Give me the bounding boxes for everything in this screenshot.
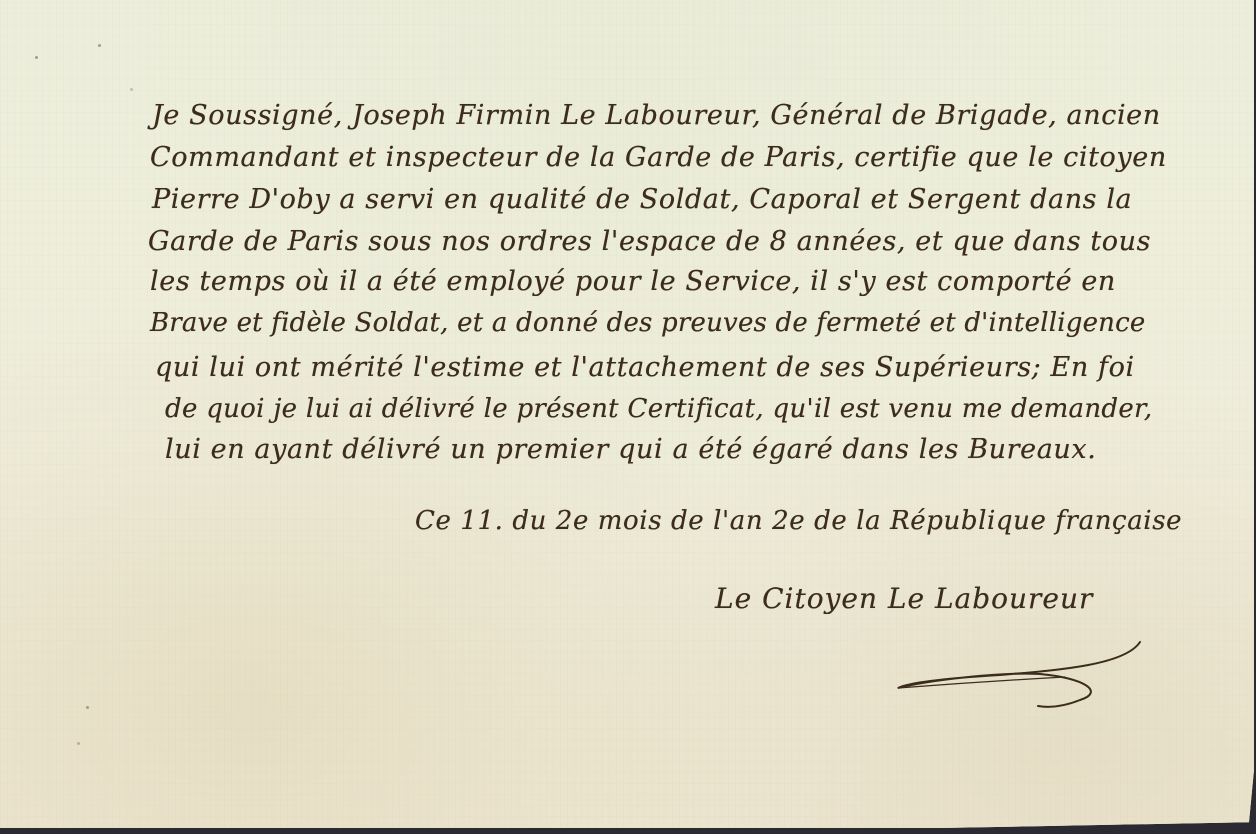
- date-line: Ce 11. du 2e mois de l'an 2e de la Répub…: [415, 508, 1182, 534]
- document-page: Je Soussigné, Joseph Firmin Le Laboureur…: [0, 0, 1254, 828]
- body-line-7: qui lui ont mérité l'estime et l'attache…: [155, 354, 1135, 381]
- signature-flourish: [890, 630, 1150, 710]
- body-line-2: Commandant et inspecteur de la Garde de …: [150, 144, 1167, 171]
- body-line-4: Garde de Paris sous nos ordres l'espace …: [148, 228, 1151, 255]
- body-line-1: Je Soussigné, Joseph Firmin Le Laboureur…: [152, 102, 1161, 129]
- signature: Le Citoyen Le Laboureur: [715, 585, 1093, 613]
- body-line-9: lui en ayant délivré un premier qui a ét…: [165, 436, 1096, 463]
- body-line-3: Pierre D'oby a servi en qualité de Solda…: [152, 186, 1132, 213]
- body-line-6: Brave et fidèle Soldat, et a donné des p…: [150, 310, 1145, 336]
- body-line-5: les temps où il a été employé pour le Se…: [150, 268, 1116, 295]
- body-line-8: de quoi je lui ai délivré le présent Cer…: [165, 396, 1152, 422]
